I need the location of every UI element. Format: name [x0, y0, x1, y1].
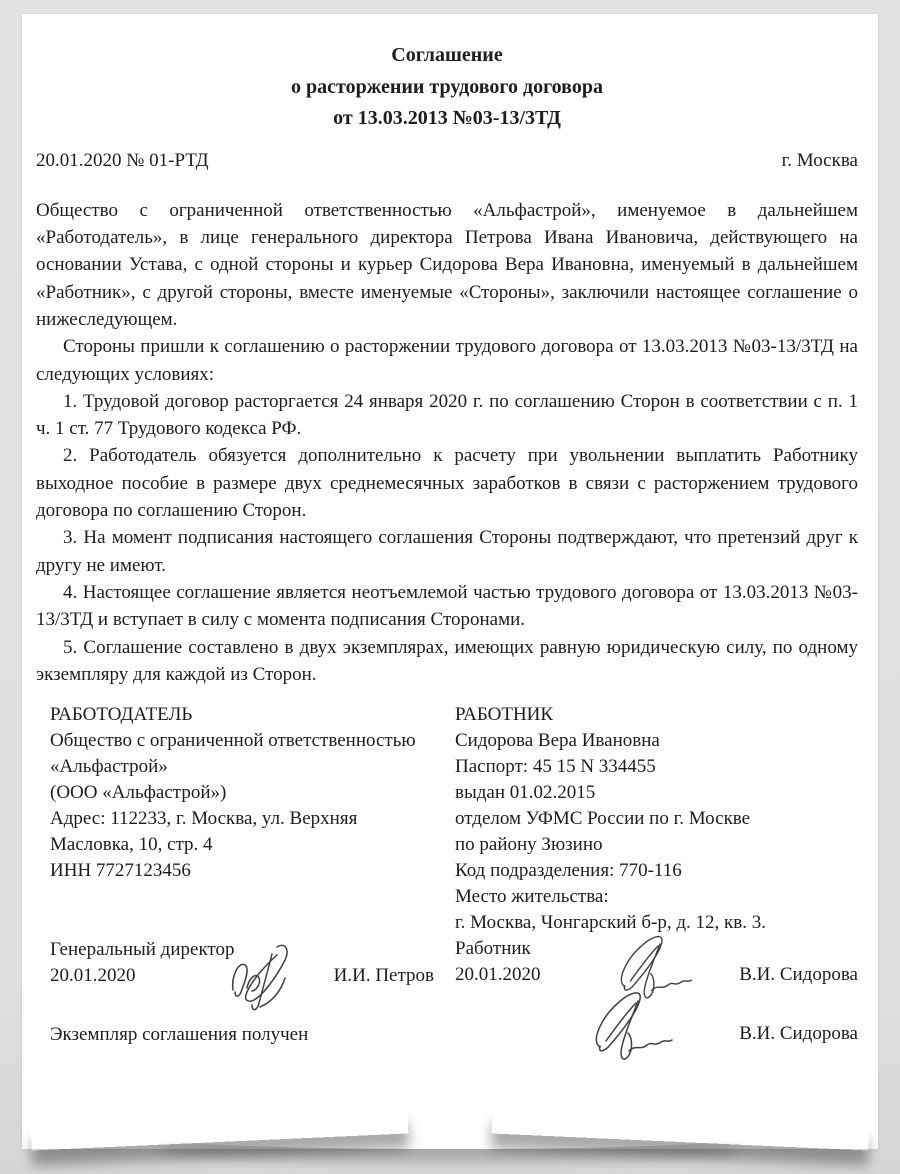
copy-received-note: Экземпляр соглашения получен	[50, 1022, 434, 1048]
worker-detail: Место жительства:	[455, 884, 858, 910]
paragraph-clause-5: 5. Соглашение составлено в двух экземпля…	[36, 634, 858, 689]
title-line-1: Соглашение	[36, 40, 858, 72]
worker-detail: Сидорова Вера Ивановна	[455, 728, 858, 754]
paragraph-clause-1: 1. Трудовой договор расторгается 24 янва…	[36, 388, 858, 443]
spacer	[50, 989, 434, 1022]
page-shadow	[159, 1127, 741, 1149]
worker-detail: отделом УФМС России по г. Москве	[455, 806, 858, 832]
spacer	[455, 988, 858, 1021]
worker-detail: Код подразделения: 770-116	[455, 858, 858, 884]
worker-detail: выдан 01.02.2015	[455, 780, 858, 806]
employer-column: РАБОТОДАТЕЛЬ Общество с ограниченной отв…	[36, 702, 434, 1048]
worker-signature-row: 20.01.2020 В.И. Сидорова	[455, 962, 858, 988]
worker-detail: по району Зюзино	[455, 832, 858, 858]
employer-heading: РАБОТОДАТЕЛЬ	[50, 702, 434, 728]
worker-copy-sign-name: В.И. Сидорова	[739, 1021, 858, 1047]
document-number: 20.01.2020 № 01-РТД	[36, 147, 209, 174]
worker-sign-date: 20.01.2020	[455, 962, 541, 988]
paragraph-conditions-intro: Стороны пришли к соглашению о расторжени…	[36, 333, 858, 388]
spacer	[50, 884, 434, 937]
employer-sign-name: И.И. Петров	[334, 963, 434, 989]
title-line-3: от 13.03.2013 №03-13/3ТД	[36, 103, 858, 135]
paragraph-clause-4: 4. Настоящее соглашение является неотъем…	[36, 579, 858, 634]
paragraph-preamble: Общество с ограниченной ответственностью…	[36, 197, 858, 333]
title-line-2: о расторжении трудового договора	[36, 72, 858, 104]
employer-signature-row: 20.01.2020 И.И. Петров	[50, 963, 434, 989]
worker-detail: Паспорт: 45 15 N 334455	[455, 754, 858, 780]
document-body: Общество с ограниченной ответственностью…	[36, 197, 858, 688]
worker-copy-signature-row: В.И. Сидорова	[455, 1021, 858, 1047]
employer-detail: (ООО «Альфастрой»)	[50, 780, 434, 806]
employer-detail: ИНН 7727123456	[50, 858, 434, 884]
paragraph-clause-2: 2. Работодатель обязуется дополнительно …	[36, 442, 858, 524]
document-city: г. Москва	[782, 147, 858, 174]
document-stage: Соглашение о расторжении трудового догов…	[0, 0, 900, 1174]
worker-sign-name: В.И. Сидорова	[739, 962, 858, 988]
paragraph-clause-3: 3. На момент подписания настоящего согла…	[36, 524, 858, 579]
worker-detail: г. Москва, Чонгарский б-р, д. 12, кв. 3.	[455, 910, 858, 936]
employer-detail: Адрес: 112233, г. Москва, ул. Верхняя	[50, 806, 434, 832]
parties-section: РАБОТОДАТЕЛЬ Общество с ограниченной отв…	[36, 702, 858, 1048]
employer-position: Генеральный директор	[50, 937, 434, 963]
document-meta-row: 20.01.2020 № 01-РТД г. Москва	[36, 147, 858, 174]
employer-sign-date: 20.01.2020	[50, 963, 136, 989]
document-page: Соглашение о расторжении трудового догов…	[22, 14, 878, 1149]
worker-position: Работник	[455, 936, 858, 962]
worker-column: РАБОТНИК Сидорова Вера Ивановна Паспорт:…	[434, 702, 858, 1048]
employer-detail: «Альфастрой»	[50, 754, 434, 780]
employer-detail: Масловка, 10, стр. 4	[50, 832, 434, 858]
worker-heading: РАБОТНИК	[455, 702, 858, 728]
employer-detail: Общество с ограниченной ответственностью	[50, 728, 434, 754]
document-title: Соглашение о расторжении трудового догов…	[36, 40, 858, 135]
